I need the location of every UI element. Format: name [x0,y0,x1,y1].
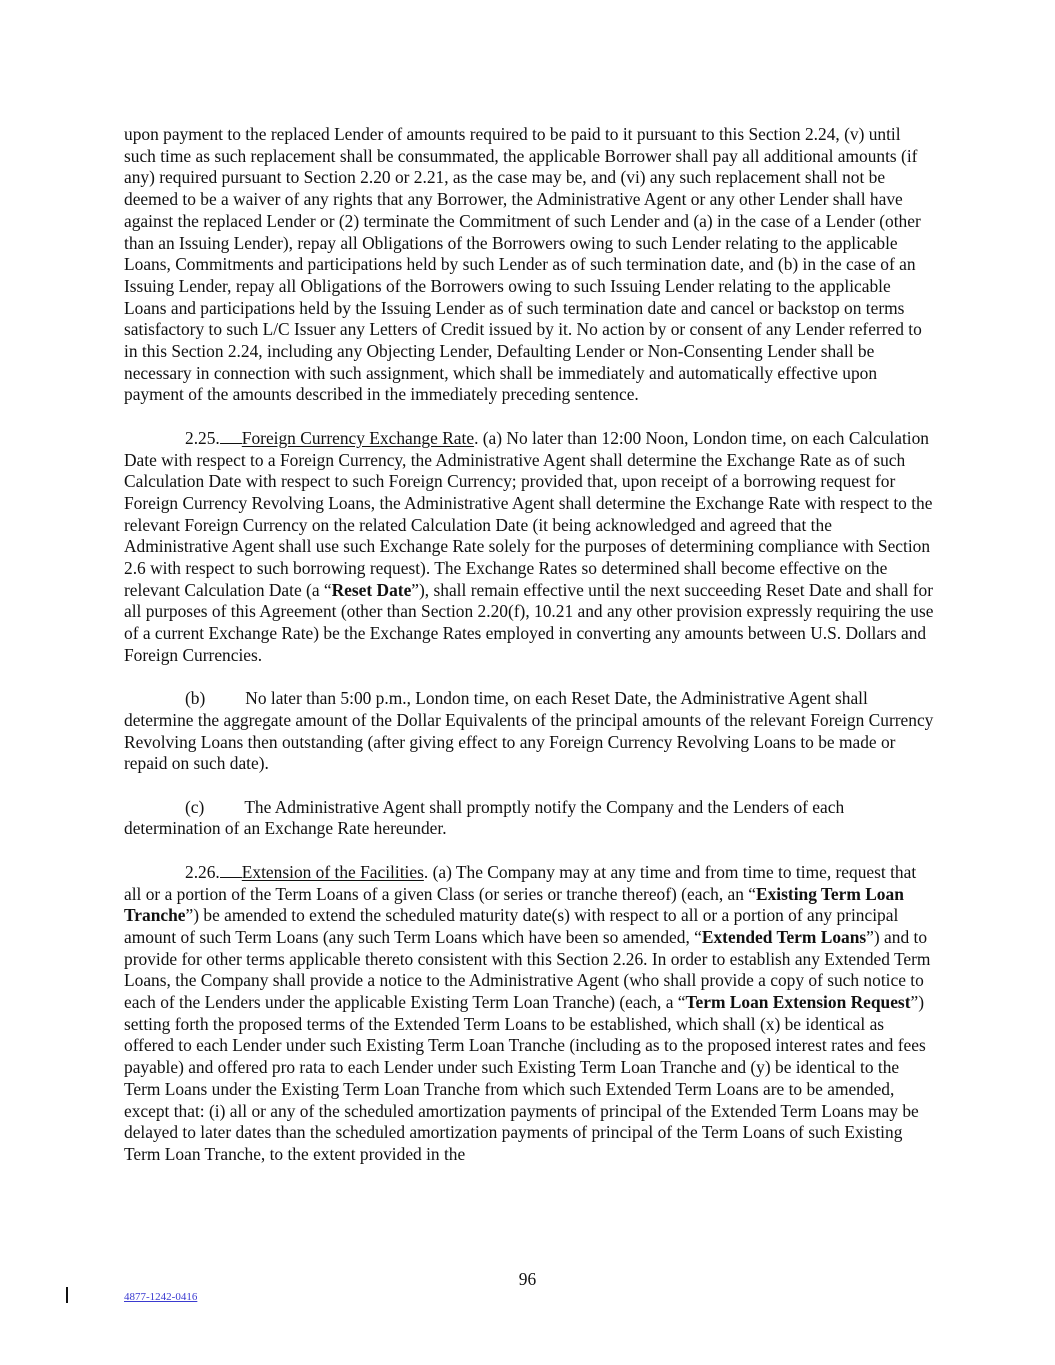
section-number: 2.25. [185,428,220,448]
defined-term: Reset Date [332,580,412,600]
heading-underline-gap [220,429,242,444]
subparagraph-label: (c) [185,797,204,817]
document-id-link[interactable]: 4877-1242-0416 [124,1291,197,1303]
subparagraph-label: (b) [185,688,205,708]
page-number: 96 [0,1269,1055,1290]
heading-underline-gap [220,863,242,878]
paragraph-section-2-24-continued: upon payment to the replaced Lender of a… [124,124,934,406]
paragraph-text: No later than 5:00 p.m., London time, on… [124,688,933,773]
section-number: 2.26. [185,862,220,882]
subparagraph-b: (b)No later than 5:00 p.m., London time,… [124,688,934,775]
document-page: upon payment to the replaced Lender of a… [124,124,934,1187]
change-bar [66,1287,68,1303]
paragraph-text: upon payment to the replaced Lender of a… [124,124,922,404]
section-title: Extension of the Facilities [242,862,424,882]
paragraph-text: ”) setting forth the proposed terms of t… [124,992,926,1164]
paragraph-text: . (a) No later than 12:00 Noon, London t… [124,428,932,600]
section-title: Foreign Currency Exchange Rate [242,428,474,448]
section-2-26-paragraph: 2.26.Extension of the Facilities. (a) Th… [124,862,934,1166]
subparagraph-c: (c)The Administrative Agent shall prompt… [124,797,934,840]
defined-term: Term Loan Extension Request [686,992,911,1012]
paragraph-text: The Administrative Agent shall promptly … [124,797,844,839]
section-2-25-paragraph: 2.25.Foreign Currency Exchange Rate. (a)… [124,428,934,667]
defined-term: Extended Term Loans [702,927,866,947]
